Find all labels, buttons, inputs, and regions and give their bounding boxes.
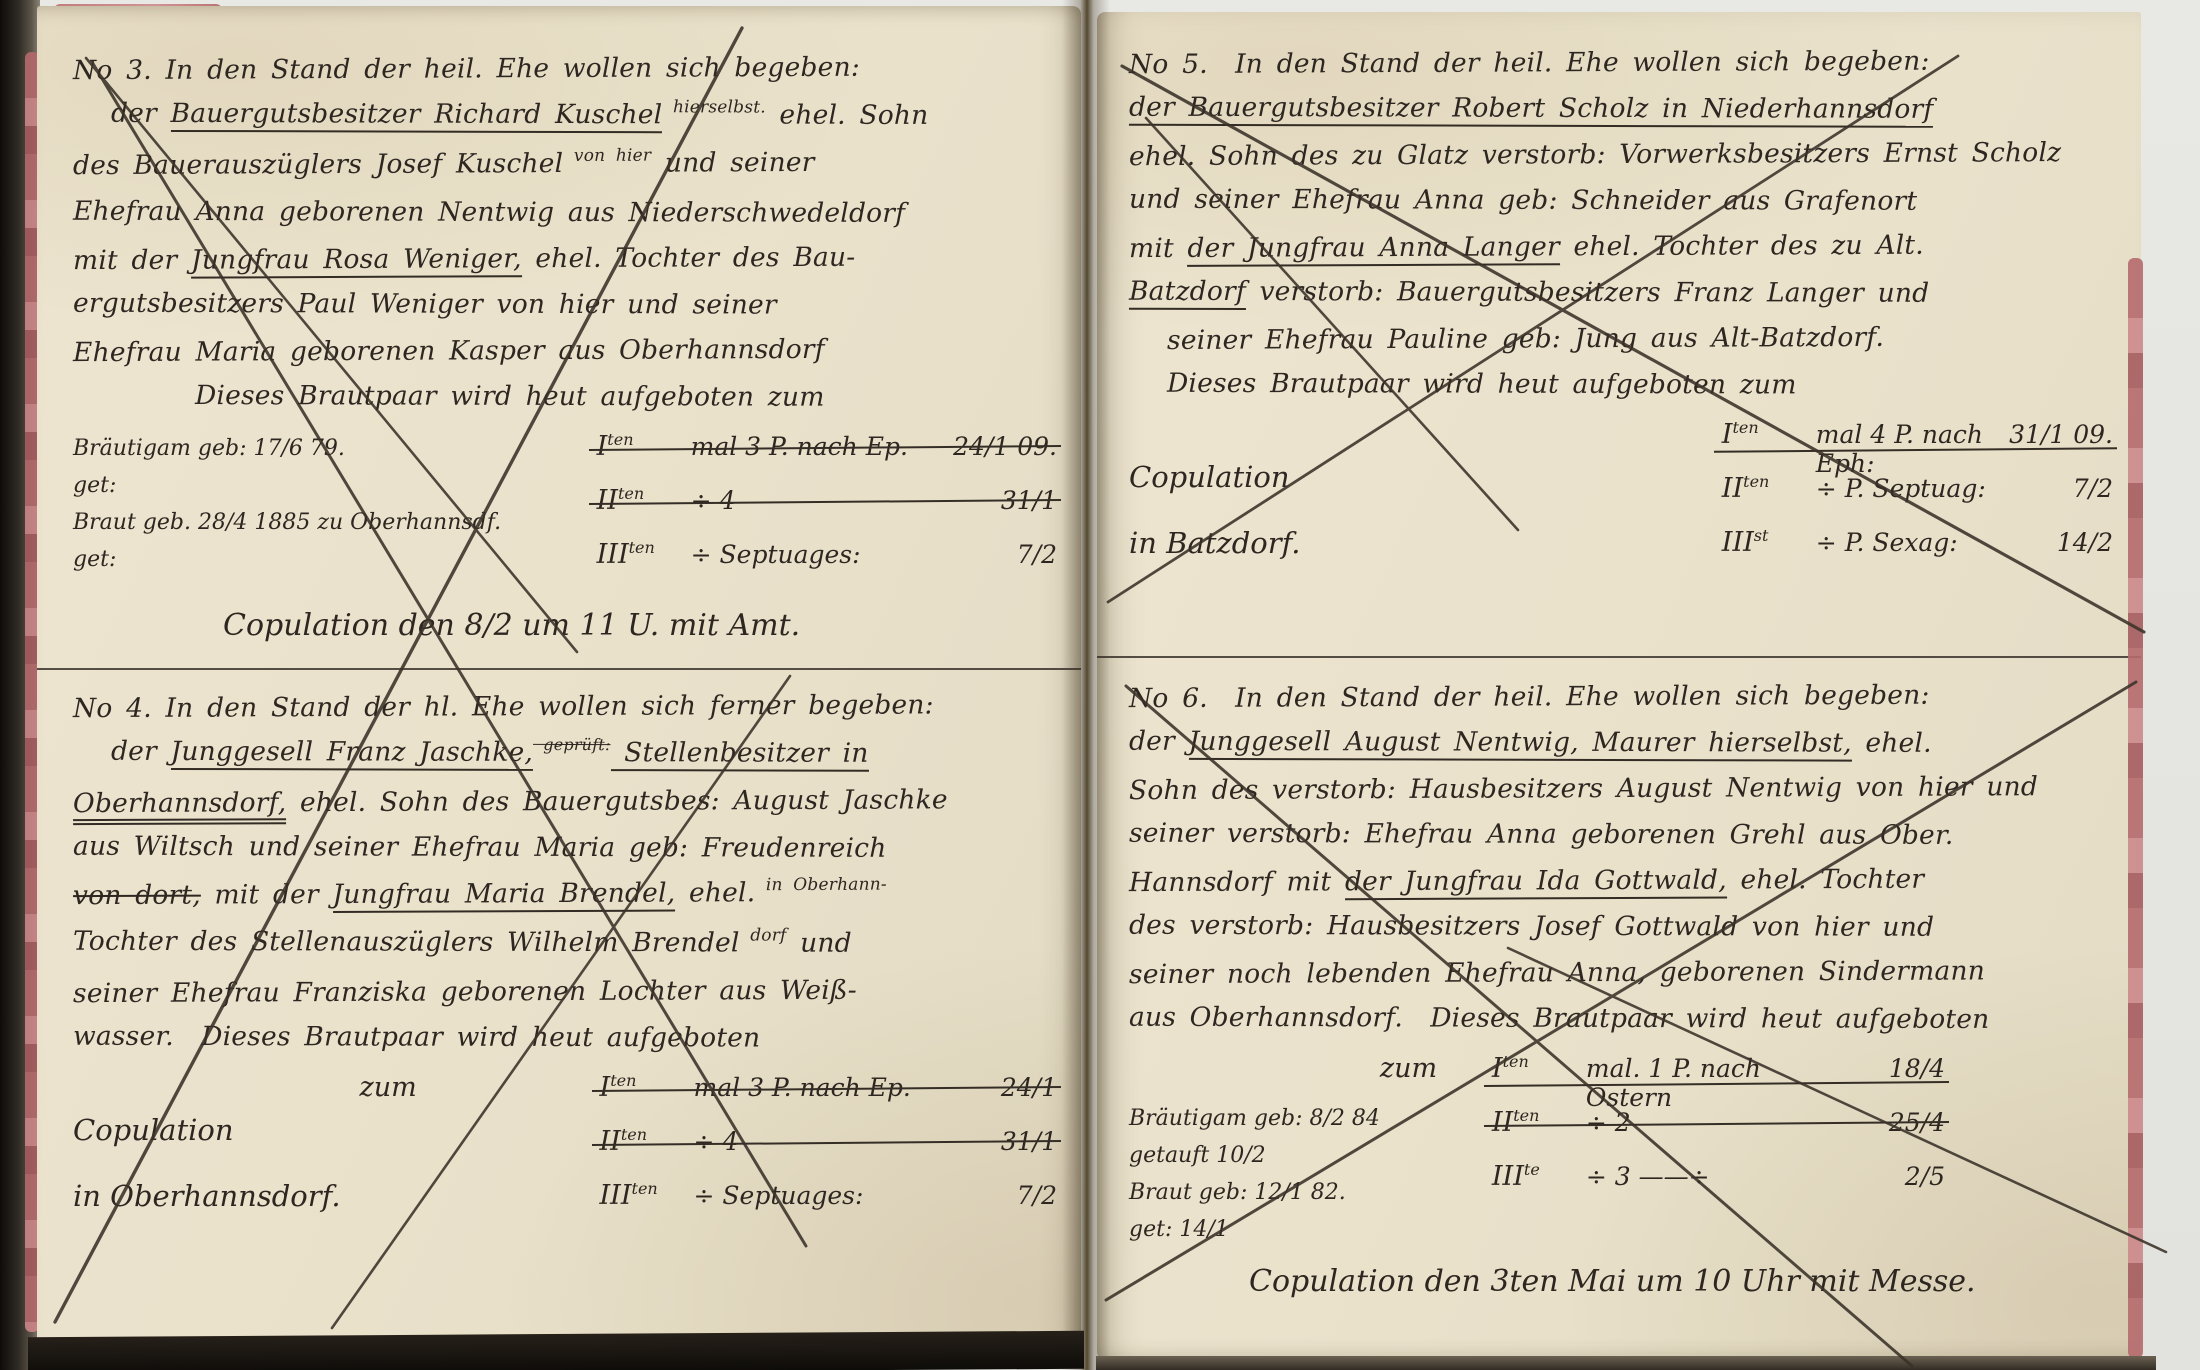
banns-ordinal: IIIst [1722,526,1810,558]
banns-row: IIIten÷ Septuages:7/2 [597,538,1061,592]
banns-text: ÷ 2 [1580,1108,1833,1137]
manuscript-line: seiner noch lebenden Ehefrau Anna, gebor… [1129,948,2117,998]
banns-ordinal: IIIten [600,1179,688,1211]
text-segment: geprüft: [533,735,611,754]
manuscript-line: der Junggesell August Nentwig, Maurer hi… [1129,719,2117,768]
banns-ordinal: Iten [600,1071,688,1103]
text-segment: ehel. Sohn des zu Glatz verstorb: Vorwer… [1129,137,2061,172]
ordinal-suffix: ten [621,1125,647,1144]
text-segment: seiner Ehefrau Franziska geborenen Locht… [73,975,857,1009]
text-segment: von dort, [73,880,201,912]
text-segment: wasser. Dieses Brautpaar wird heut aufge… [73,1021,760,1054]
text-segment: ehel. Tochter [1727,864,1925,896]
manuscript-line: seiner Ehefrau Franziska geborenen Locht… [73,967,1061,1017]
text-segment: und [787,928,852,959]
banns-date: 2/5 [1833,1162,1949,1191]
banns-ordinal: IIten [1492,1106,1580,1138]
footer-note-line: Copulation [1129,444,1722,510]
manuscript-line: aus Oberhannsdorf. Dieses Brautpaar wird… [1129,995,2117,1044]
banns-date: 7/2 [945,540,1061,569]
banns-date: 7/2 [945,1181,1061,1210]
copulation-line: Copulation den 3ten Mai um 10 Uhr mit Me… [1129,1264,2117,1299]
banns-row: zumItenmal. 1 P. nach Ostern18/4 [1380,1052,1949,1106]
banns-row: IIten÷ 431/1 [597,484,1061,538]
banns-date: 18/4 [1833,1054,1949,1083]
manuscript-line: wasser. Dieses Brautpaar wird heut aufge… [73,1014,1061,1063]
binding-bottom-left [28,1331,1084,1370]
manuscript-line: Tochter des Stellenauszüglers Wilhelm Br… [73,919,1061,971]
banns-text: ÷ 4 [685,486,945,515]
right-page: No 5. In den Stand der heil. Ehe wollen … [1097,12,2141,1360]
ordinal-suffix: ten [1743,472,1769,491]
footer-note-line: in Oberhannsdorf. [73,1163,360,1229]
banns-text: ÷ 4 [688,1127,945,1156]
text-segment: ehel. Tochter des Bau- [522,242,856,274]
text-segment: der Bauergutsbesitzer Robert Scholz in N… [1129,92,1933,128]
text-segment: Bauergutsbesitzer Richard Kuschel [171,98,663,133]
banns-row: IIIte÷ 3 ——÷2/5 [1380,1160,1949,1214]
text-segment: seiner noch lebenden Ehefrau Anna, gebor… [1129,955,1985,990]
footer-note-line: getauft 10/2 [1129,1137,1380,1174]
manuscript-line: Batzdorf verstorb: Bauergutsbesitzers Fr… [1129,269,2117,318]
footer-note-line: in Batzdorf. [1129,510,1722,576]
banns-table: zumItenmal 3 P. nach Ep.24/1IIten÷ 431/1… [360,1071,1061,1233]
left-page: No 3. In den Stand der heil. Ehe wollen … [37,6,1081,1358]
banns-text: mal 3 P. nach Ep. [688,1073,945,1102]
text-segment: aus Wiltsch und seiner Ehefrau Maria geb… [73,831,887,864]
banns-row-main: IIIten÷ Septuages:7/2 [597,538,1061,570]
banns-ordinal: IIten [1722,472,1810,504]
manuscript-line: Hannsdorf mit der Jungfrau Ida Gottwald,… [1129,856,2117,906]
text-segment: No 5. In den Stand der heil. Ehe wollen … [1129,46,1930,80]
footer-note-line: get: [73,541,597,578]
text-segment: mit [1129,233,1188,264]
manuscript-line: No 3. In den Stand der heil. Ehe wollen … [73,44,1061,94]
entry-body: No 4. In den Stand der hl. Ehe wollen si… [73,684,1061,1061]
banns-text: ÷ P. Septuag: [1810,474,2001,503]
footer-note-line: Copulation [73,1097,360,1163]
manuscript-line: der Junggesell Franz Jaschke, geprüft: S… [73,729,1061,781]
manuscript-line: No 5. In den Stand der heil. Ehe wollen … [1129,38,2117,88]
text-segment: ergutsbesitzers Paul Weniger von hier un… [73,288,777,321]
banns-row: IIten÷ 431/1 [360,1125,1061,1179]
ordinal-suffix: ten [632,1179,658,1198]
entry-body: No 5. In den Stand der heil. Ehe wollen … [1129,40,2117,408]
manuscript-line: aus Wiltsch und seiner Ehefrau Maria geb… [73,824,1061,873]
footer-notes: Copulationin Batzdorf. [1129,418,1722,580]
red-page-edges-right [2128,258,2143,1358]
text-segment: No 6. In den Stand der heil. Ehe wollen … [1129,680,1930,714]
manuscript-line: Dieses Brautpaar wird heut aufgeboten zu… [1129,361,2117,410]
manuscript-line: und seiner Ehefrau Anna geb: Schneider a… [1129,177,2117,226]
text-segment: Hannsdorf mit [1129,866,1345,898]
text-segment: ehel. [1852,728,1932,759]
ordinal-suffix: ten [618,484,644,503]
manuscript-line: des verstorb: Hausbesitzers Josef Gottwa… [1129,903,2117,952]
text-segment: ehel. Sohn [766,100,929,131]
manuscript-line: Dieses Brautpaar wird heut aufgeboten zu… [73,373,1061,422]
banns-text: ÷ 3 ——÷ [1580,1162,1833,1191]
text-segment: des verstorb: Hausbesitzers Josef Gottwa… [1129,910,1934,943]
banns-row: Itenmal 3 P. nach Ep.24/1 09. [597,430,1061,484]
entry-footer: Copulationin Oberhannsdorf. zumItenmal 3… [73,1071,1061,1233]
text-segment: in Oberhann- [755,875,887,896]
book-gutter-shadow [1062,0,1110,1370]
text-segment: der Jungfrau Ida Gottwald, [1345,865,1727,901]
ordinal-suffix: st [1754,526,1769,545]
entry-body: No 6. In den Stand der heil. Ehe wollen … [1129,674,2117,1042]
text-segment: No 3. In den Stand der heil. Ehe wollen … [73,52,860,86]
banns-row-main: IIten÷ 431/1 [600,1125,1061,1157]
register-entry-no6: No 6. In den Stand der heil. Ehe wollen … [1129,674,2117,1299]
banns-row-main: Itenmal 3 P. nach Ep.24/1 [600,1071,1061,1103]
register-book-spread: No 3. In den Stand der heil. Ehe wollen … [0,0,2200,1370]
zum-label: zum [1380,1053,1492,1084]
banns-date: 24/1 09. [945,432,1061,461]
banns-ordinal: IIten [597,484,685,516]
manuscript-line: No 4. In den Stand der hl. Ehe wollen si… [73,682,1061,732]
text-segment: dorf [740,925,787,945]
banns-text: mal 4 P. nach Eph: [1810,420,2001,478]
text-segment: und seiner [651,147,814,179]
banns-ordinal: IIIte [1492,1160,1580,1192]
footer-notes: Bräutigam geb: 17/6 79.get:Braut geb. 28… [73,430,597,592]
manuscript-line: von dort, mit der Jungfrau Maria Brendel… [73,869,1061,922]
banns-date: 31/1 [945,1127,1061,1156]
banns-ordinal: IIIten [597,538,685,570]
text-segment: seiner verstorb: Ehefrau Anna geborenen … [1129,818,1954,851]
banns-text: mal 3 P. nach Ep. [685,432,945,461]
ordinal-suffix: ten [629,538,655,557]
text-segment: ehel. Tochter des zu Alt. [1560,230,1924,263]
text-segment: Ehefrau Anna geborenen Nentwig aus Niede… [73,196,905,229]
banns-date: 31/1 [945,486,1061,515]
text-segment: ehel. Sohn des Bauergutsbes: August Jasc… [286,784,948,818]
text-segment: Junggesell August Nentwig, Maurer hierse… [1189,726,1852,762]
manuscript-line: des Bauerauszüglers Josef Kuschel von hi… [73,139,1061,192]
banns-date: 14/2 [2001,528,2117,557]
banns-row-main: IIIst÷ P. Sexag:14/2 [1722,526,2117,558]
manuscript-line: seiner Ehefrau Pauline geb: Jung aus Alt… [1129,314,2117,364]
banns-ordinal: Iten [1722,418,1810,450]
text-segment: und seiner Ehefrau Anna geb: Schneider a… [1129,184,1917,217]
banns-date: 24/1 [945,1073,1061,1102]
banns-row: IIIst÷ P. Sexag:14/2 [1722,526,2117,580]
banns-row-main: IIIten÷ Septuages:7/2 [600,1179,1061,1211]
banns-ordinal: Iten [597,430,685,462]
zum-label: zum [360,1072,600,1103]
banns-row-main: IIten÷ P. Septuag:7/2 [1722,472,2117,504]
banns-row: IIIten÷ Septuages:7/2 [360,1179,1061,1233]
banns-ordinal: Iten [1492,1052,1580,1084]
text-segment: mit der [201,879,333,911]
footer-note-line: get: [73,467,597,504]
copulation-line: Copulation den 8/2 um 11 U. mit Amt. [73,608,1061,643]
banns-date: 7/2 [2001,474,2117,503]
banns-text: ÷ P. Sexag: [1810,528,2001,557]
footer-note-line: Braut geb. 28/4 1885 zu Oberhannsdf. [73,504,597,541]
entry-divider [37,668,1081,670]
text-segment: Junggesell Franz Jaschke, [171,736,534,771]
register-entry-no3: No 3. In den Stand der heil. Ehe wollen … [73,46,1061,643]
banns-table: zumItenmal. 1 P. nach Ostern18/4IIten÷ 2… [1380,1052,1949,1248]
banns-ordinal: IIten [600,1125,688,1157]
footer-note-line: Braut geb: 12/1 82. [1129,1174,1380,1211]
entry-footer: Bräutigam geb: 17/6 79.get:Braut geb. 28… [73,430,1061,592]
banns-row: zumItenmal 3 P. nach Ep.24/1 [360,1071,1061,1125]
manuscript-line: Ehefrau Maria geborenen Kasper aus Oberh… [73,326,1061,376]
text-segment: der [111,98,171,129]
banns-row: Itenmal 4 P. nach Eph:31/1 09. [1722,418,2117,472]
banns-row-main: IIten÷ 225/4 [1492,1106,1949,1138]
entry-body: No 3. In den Stand der heil. Ehe wollen … [73,46,1061,420]
text-segment: No 4. In den Stand der hl. Ehe wollen si… [73,689,934,724]
banns-table: Itenmal 4 P. nach Eph:31/1 09.IIten÷ P. … [1722,418,2117,580]
text-segment: seiner Ehefrau Pauline geb: Jung aus Alt… [1167,322,1884,356]
ordinal-suffix: te [1524,1160,1540,1179]
ordinal-suffix: ten [1513,1106,1539,1125]
entry-footer: Bräutigam geb: 8/2 84getauft 10/2Braut g… [1129,1052,2117,1248]
manuscript-line: mit der Jungfrau Anna Langer ehel. Tocht… [1129,222,2117,272]
manuscript-line: mit der Jungfrau Rosa Weniger, ehel. Toc… [73,234,1061,284]
text-segment: mit der [73,245,191,277]
banns-date: 25/4 [1833,1108,1949,1137]
footer-notes: Copulationin Oberhannsdorf. [73,1071,360,1233]
text-segment: aus Oberhannsdorf. Dieses Brautpaar wird… [1129,1002,1990,1035]
banns-date: 31/1 09. [2001,420,2117,449]
footer-note-line: Bräutigam geb: 17/6 79. [73,430,597,467]
banns-text: mal. 1 P. nach Ostern [1580,1054,1833,1112]
ordinal-suffix: ten [610,1071,636,1090]
text-segment: Sohn des verstorb: Hausbesitzers August … [1129,771,2038,806]
text-segment: des Bauerauszüglers Josef Kuschel [73,148,563,181]
manuscript-line: Oberhannsdorf, ehel. Sohn des Bauergutsb… [73,777,1061,827]
text-segment: ehel. [675,877,755,908]
manuscript-line: Sohn des verstorb: Hausbesitzers August … [1129,764,2117,814]
ordinal-suffix: ten [1503,1052,1529,1071]
text-segment: Ehefrau Maria geborenen Kasper aus Oberh… [73,334,825,368]
footer-note-line: get: 14/1 [1129,1211,1380,1248]
text-segment: hierselbst. [662,97,766,117]
text-segment: Dieses Brautpaar wird heut aufgeboten zu… [195,380,825,413]
banns-text: ÷ Septuages: [685,540,945,569]
banns-table: Itenmal 3 P. nach Ep.24/1 09.IIten÷ 431/… [597,430,1061,592]
text-segment: Tochter des Stellenauszüglers Wilhelm Br… [73,926,740,959]
manuscript-line: ergutsbesitzers Paul Weniger von hier un… [73,281,1061,330]
manuscript-line: der Bauergutsbesitzer Robert Scholz in N… [1129,85,2117,134]
manuscript-line: ehel. Sohn des zu Glatz verstorb: Vorwer… [1129,130,2117,180]
entry-divider [1097,656,2141,658]
footer-note-line: Bräutigam geb: 8/2 84 [1129,1100,1380,1137]
text-segment: verstorb: Bauergutsbesitzers Franz Lange… [1246,276,1930,309]
banns-row-main: Itenmal 4 P. nach Eph:31/1 09. [1722,418,2117,478]
text-segment: Stellenbesitzer in [610,737,868,772]
banns-row: IIten÷ 225/4 [1380,1106,1949,1160]
text-segment: der [1129,726,1189,757]
text-segment: Dieses Brautpaar wird heut aufgeboten zu… [1167,368,1797,401]
banns-row: IIten÷ P. Septuag:7/2 [1722,472,2117,526]
banns-row-main: IIten÷ 431/1 [597,484,1061,516]
binding-bottom-right [1096,1356,2156,1370]
text-segment: der [111,736,171,767]
manuscript-line: der Bauergutsbesitzer Richard Kuschel hi… [73,91,1061,143]
manuscript-line: Ehefrau Anna geborenen Nentwig aus Niede… [73,189,1061,238]
text-segment: Oberhannsdorf, [73,787,286,825]
banns-text: ÷ Septuages: [688,1181,945,1210]
text-segment: der Jungfrau Anna Langer [1187,231,1559,267]
banns-row-main: IIIte÷ 3 ——÷2/5 [1492,1160,1949,1192]
text-segment: Jungfrau Maria Brendel, [332,878,675,913]
register-entry-no5: No 5. In den Stand der heil. Ehe wollen … [1129,40,2117,580]
text-segment: Jungfrau Rosa Weniger, [191,243,522,278]
text-segment: Batzdorf [1129,276,1246,310]
ordinal-suffix: ten [607,430,633,449]
banns-row-main: Itenmal. 1 P. nach Ostern18/4 [1492,1052,1949,1112]
banns-row-main: Itenmal 3 P. nach Ep.24/1 09. [597,430,1061,462]
text-segment: von hier [563,146,651,166]
manuscript-line: seiner verstorb: Ehefrau Anna geborenen … [1129,811,2117,860]
manuscript-line: No 6. In den Stand der heil. Ehe wollen … [1129,672,2117,722]
footer-notes: Bräutigam geb: 8/2 84getauft 10/2Braut g… [1129,1052,1380,1248]
register-entry-no4: No 4. In den Stand der hl. Ehe wollen si… [73,684,1061,1233]
ordinal-suffix: ten [1732,418,1758,437]
entry-footer: Copulationin Batzdorf. Itenmal 4 P. nach… [1129,418,2117,580]
